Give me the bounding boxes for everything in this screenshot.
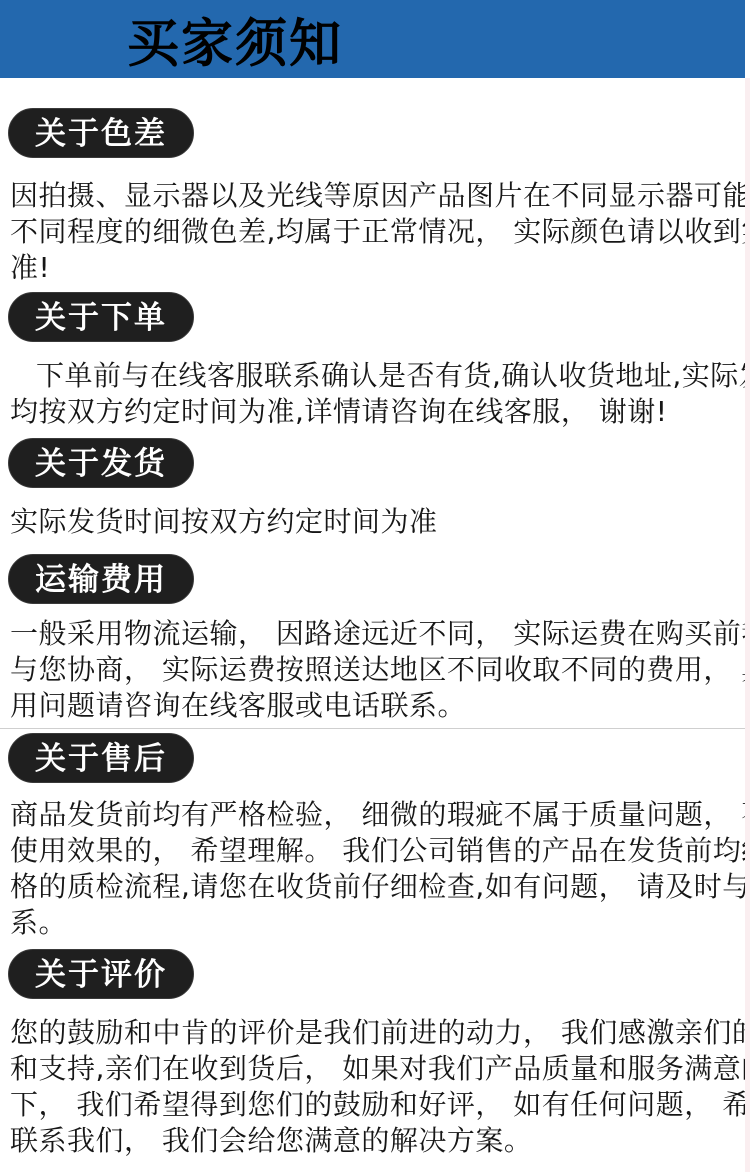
paragraph-line: 商品发货前均有严格检验， 细微的瑕疵不属于质量问题， 不影响	[10, 797, 750, 833]
section-freight-cost: 运输费用 一般采用物流运输， 因路途远近不同， 实际运费在购买前我们会 与您协商…	[0, 540, 750, 724]
section-label-pill: 关于售后	[8, 733, 194, 783]
section-label: 关于色差	[35, 116, 167, 152]
buyer-notice-page: 买家须知 关于色差 因拍摄、显示器以及光线等原因产品图片在不同显示器可能出现 不…	[0, 0, 750, 1172]
paragraph-line: 因拍摄、显示器以及光线等原因产品图片在不同显示器可能出现	[10, 178, 750, 214]
paragraph-line: 与您协商， 实际运费按照送达地区不同收取不同的费用， 具体费	[10, 652, 750, 688]
paragraph: 一般采用物流运输， 因路途远近不同， 实际运费在购买前我们会 与您协商， 实际运…	[10, 616, 750, 724]
section-reviews: 关于评价 您的鼓励和中肯的评价是我们前进的动力， 我们感激亲们的鼓励 和支持,亲…	[0, 941, 750, 1159]
paragraph-line: 一般采用物流运输， 因路途远近不同， 实际运费在购买前我们会	[10, 616, 750, 652]
section-color-difference: 关于色差 因拍摄、显示器以及光线等原因产品图片在不同显示器可能出现 不同程度的细…	[0, 78, 750, 286]
section-shipping: 关于发货 实际发货时间按双方约定时间为准	[0, 430, 750, 540]
paragraph-line: 格的质检流程,请您在收货前仔细检查,如有问题， 请及时与我们联	[10, 869, 750, 905]
section-label-pill: 关于评价	[8, 949, 194, 999]
paragraph-line: 用问题请咨询在线客服或电话联系。	[10, 688, 750, 724]
paragraph-line: 使用效果的， 希望理解。 我们公司销售的产品在发货前均经过严	[10, 833, 750, 869]
paragraph: 商品发货前均有严格检验， 细微的瑕疵不属于质量问题， 不影响 使用效果的， 希望…	[10, 797, 750, 941]
section-label: 关于评价	[35, 957, 167, 993]
paragraph: 因拍摄、显示器以及光线等原因产品图片在不同显示器可能出现 不同程度的细微色差,均…	[10, 178, 750, 286]
paragraph-line: 不同程度的细微色差,均属于正常情况， 实际颜色请以收到实物为	[10, 214, 750, 250]
page-title: 买家须知	[0, 2, 470, 77]
paragraph: 下单前与在线客服联系确认是否有货,确认收货地址,实际发货时间 均按双方约定时间为…	[10, 358, 750, 430]
paragraph: 您的鼓励和中肯的评价是我们前进的动力， 我们感激亲们的鼓励 和支持,亲们在收到货…	[10, 1015, 750, 1159]
paragraph-line: 您的鼓励和中肯的评价是我们前进的动力， 我们感激亲们的鼓励	[10, 1015, 750, 1051]
page-edge-strip	[745, 78, 750, 1172]
section-label-pill: 关于发货	[8, 438, 194, 488]
paragraph: 实际发货时间按双方约定时间为准	[10, 504, 750, 540]
section-ordering: 关于下单 下单前与在线客服联系确认是否有货,确认收货地址,实际发货时间 均按双方…	[0, 286, 750, 430]
header-banner: 买家须知	[0, 0, 745, 78]
section-label-pill: 关于下单	[8, 292, 194, 342]
paragraph-line: 均按双方约定时间为准,详情请咨询在线客服， 谢谢!	[10, 394, 750, 430]
paragraph-line: 下， 我们希望得到您们的鼓励和好评， 如有任何问题， 希望您先	[10, 1087, 750, 1123]
section-label-pill: 运输费用	[8, 554, 194, 604]
paragraph-line: 实际发货时间按双方约定时间为准	[10, 504, 750, 540]
paragraph-line: 和支持,亲们在收到货后， 如果对我们产品质量和服务满意的情况	[10, 1051, 750, 1087]
paragraph-line: 系。	[10, 905, 750, 941]
paragraph-line: 准!	[10, 250, 750, 286]
section-label: 关于售后	[35, 741, 167, 777]
section-label: 运输费用	[35, 562, 167, 598]
section-label: 关于下单	[35, 300, 167, 336]
paragraph-line: 联系我们， 我们会给您满意的解决方案。	[10, 1123, 750, 1159]
section-label-pill: 关于色差	[8, 108, 194, 158]
section-after-sales: 关于售后 商品发货前均有严格检验， 细微的瑕疵不属于质量问题， 不影响 使用效果…	[0, 729, 750, 941]
paragraph-line: 下单前与在线客服联系确认是否有货,确认收货地址,实际发货时间	[10, 358, 750, 394]
section-label: 关于发货	[35, 446, 167, 482]
